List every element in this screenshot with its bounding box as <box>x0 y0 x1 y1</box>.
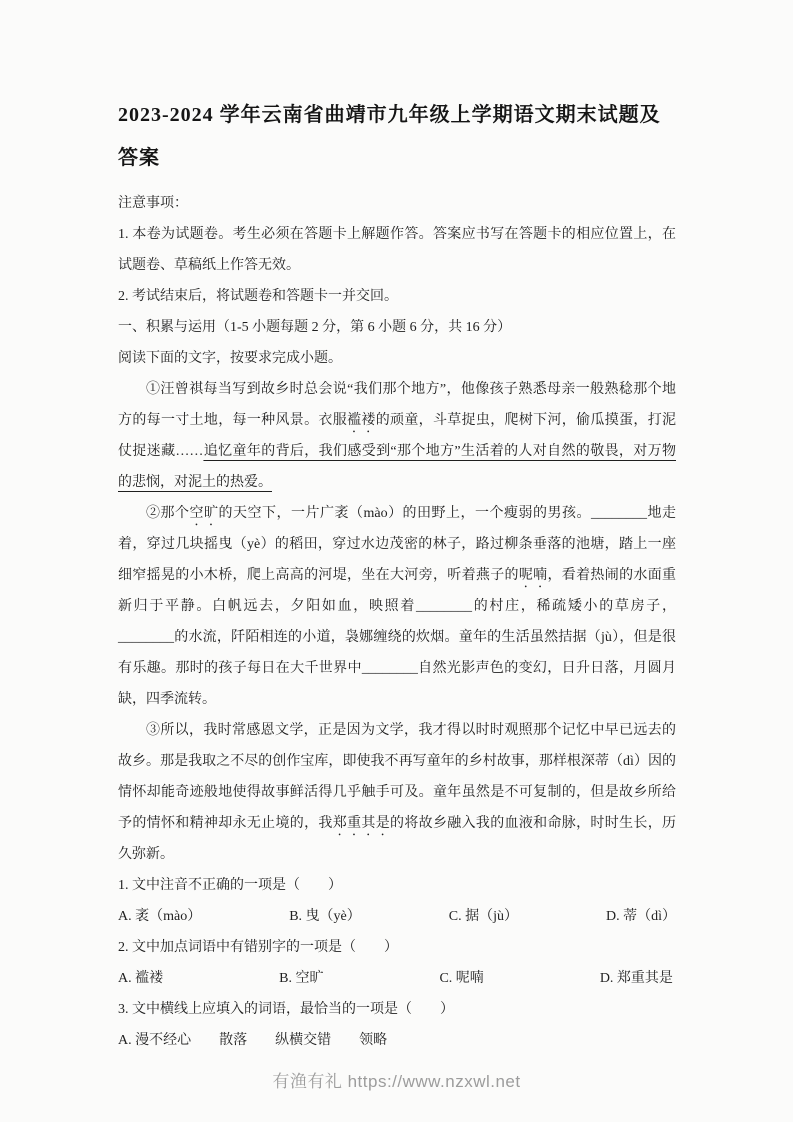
passage-intro: 阅读下面的文字，按要求完成小题。 <box>118 343 676 374</box>
question-1-option-b: B. 曳（yè） <box>289 901 361 932</box>
question-2-option-c: C. 呢喃 <box>439 971 483 986</box>
paragraph-2-dotted-word-2: 呢喃 <box>519 568 548 583</box>
question-2-option-d: D. 郑重其是 <box>600 971 673 986</box>
question-2-option-b: B. 空旷 <box>279 971 323 986</box>
question-1-option-d: D. 蒂（dì） <box>606 901 676 932</box>
notice-heading: 注意事项： <box>118 188 676 219</box>
paragraph-1-dotted-word: 褴褛 <box>347 413 376 428</box>
paragraph-3-text: ③所以，我时常感恩文学，正是因为文学，我才得以时时观照那个记忆中早已远去的故乡。… <box>118 723 676 831</box>
notice-item-1: 1. 本卷为试题卷。考生必须在答题卡上解题作答。答案应书写在答题卡的相应位置上，… <box>118 219 676 281</box>
question-1-option-c: C. 据（jù） <box>449 901 518 932</box>
paragraph-2-text-3: ，看着热闹的水面重新归于平静。白帆远去，夕阳如血，映照着________的村庄，… <box>118 568 676 707</box>
page-title: 2023-2024 学年云南省曲靖市九年级上学期语文期末试题及答案 <box>118 94 676 180</box>
paragraph-2-dotted-word-1: 空旷 <box>190 506 219 521</box>
question-3-options: A. 漫不经心 散落 纵横交错 领略 <box>118 1025 676 1056</box>
footer-site-link[interactable]: 有渔有礼 https://www.nzxwl.net <box>272 1072 520 1091</box>
notice-item-2: 2. 考试结束后，将试题卷和答题卡一并交回。 <box>118 281 676 312</box>
question-2-option-a: A. 褴褛 <box>118 971 163 986</box>
question-2-options: A. 褴褛B. 空旷C. 呢喃D. 郑重其是 <box>118 963 676 994</box>
question-1-stem: 1. 文中注音不正确的一项是（ ） <box>118 870 676 901</box>
exam-document: 2023-2024 学年云南省曲靖市九年级上学期语文期末试题及答案 注意事项： … <box>0 0 793 1056</box>
section-heading: 一、积累与运用（1-5 小题每题 2 分，第 6 小题 6 分，共 16 分） <box>118 312 676 343</box>
passage-paragraph-1: ①汪曾祺每当写到故乡时总会说“我们那个地方”，他像孩子熟悉母亲一般熟稔那个地方的… <box>118 374 676 498</box>
paragraph-3-dotted-word: 郑重其是 <box>333 816 390 831</box>
passage-paragraph-2: ②那个空旷的天空下，一片广袤（mào）的田野上，一个瘦弱的男孩。________… <box>118 498 676 715</box>
page-footer: 有渔有礼 https://www.nzxwl.net <box>0 1067 793 1092</box>
question-2-stem: 2. 文中加点词语中有错别字的一项是（ ） <box>118 932 676 963</box>
paragraph-2-text: ②那个 <box>146 506 190 521</box>
question-1-options: A. 袤（mào） B. 曳（yè） C. 据（jù） D. 蒂（dì） <box>118 901 676 932</box>
question-3-stem: 3. 文中横线上应填入的词语，最恰当的一项是（ ） <box>118 994 676 1025</box>
passage-paragraph-3: ③所以，我时常感恩文学，正是因为文学，我才得以时时观照那个记忆中早已远去的故乡。… <box>118 715 676 870</box>
question-1-option-a: A. 袤（mào） <box>118 901 201 932</box>
